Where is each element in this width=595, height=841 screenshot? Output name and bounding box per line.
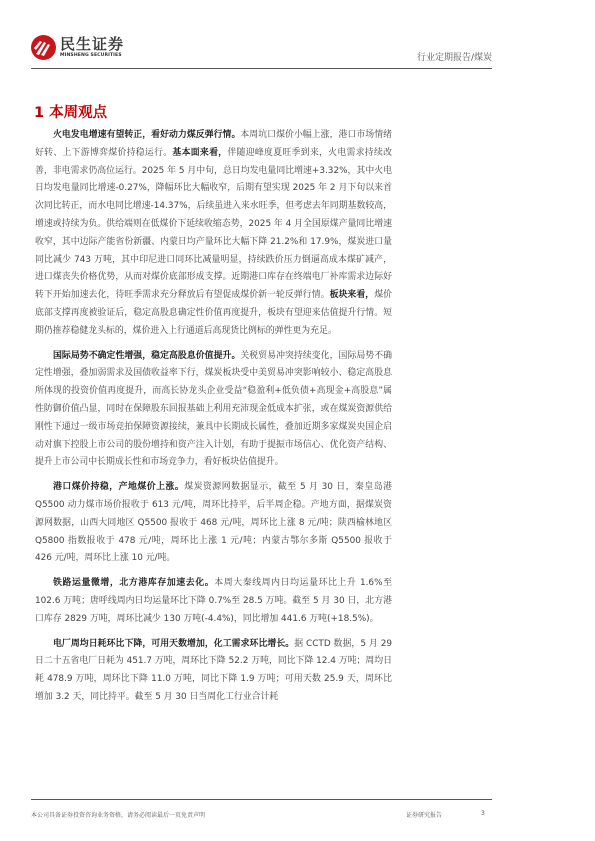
company-logo: 民生证券 MINSHENG SECURITIES [31,35,124,60]
paragraph-thermal-power: 火电发电增速有望转正，看好动力煤反弹行情。本周坑口煤价小幅上涨，港口市场情绪好转… [35,127,392,341]
paragraph-heading: 电厂周均日耗环比下降，可用天数增加，化工需求环比增长。 [53,639,294,649]
logo-mark-icon [31,35,56,60]
paragraph-heading: 火电发电增速有望转正，看好动力煤反弹行情。 [53,130,240,140]
paragraph-heading: 铁路运量微增，北方港库存加速去化。 [53,578,214,588]
footer-disclaimer: 本公司具备证券投资咨询业务资格，请务必阅读最后一页免责声明 [31,810,205,819]
paragraph-text: 煤炭资源网数据显示，截至 5 月 30 日，秦皇岛港 Q5500 动力煤市场价报… [35,482,392,563]
logo-name-en: MINSHENG SECURITIES [60,53,124,59]
report-body: 火电发电增速有望转正，看好动力煤反弹行情。本周坑口煤价小幅上涨，港口市场情绪好转… [35,127,392,714]
header-divider [31,68,492,69]
paragraph-international: 国际局势不确定性增强，稳定高股息价值提升。关税贸易冲突持续变化，国际局势不确定性… [35,348,392,473]
paragraph-power-plant: 电厂周均日耗环比下降，可用天数增加，化工需求环比增长。据 CCTD 数据，5 月… [35,636,392,707]
paragraph-subheading: 基本面来看， [172,148,227,158]
paragraph-rail-port: 铁路运量微增，北方港库存加速去化。本周大秦线周内日均运量环比上升 1.6%至 1… [35,575,392,628]
paragraph-heading: 国际局势不确定性增强，稳定高股息价值提升。 [53,351,240,361]
paragraph-heading: 港口煤价持稳，产地煤价上涨。 [53,482,184,492]
paragraph-subheading: 板块来看， [330,290,375,300]
paragraph-coal-prices: 港口煤价持稳，产地煤价上涨。煤炭资源网数据显示，截至 5 月 30 日，秦皇岛港… [35,479,392,568]
page-header: 民生证券 MINSHENG SECURITIES 行业定期报告/煤炭 [31,33,492,69]
page-number: 3 [481,810,485,817]
footer-divider [31,799,492,800]
section-title: 1 本周观点 [34,101,107,122]
footer-doc-type: 证券研究报告 [406,810,442,819]
paragraph-text: 伴随迎峰度夏旺季到来，火电需求持续改善，非电需求仍高位运行。2025 年 5 月… [35,148,392,300]
report-type-label: 行业定期报告/煤炭 [417,50,492,63]
paragraph-text: 关税贸易冲突持续变化，国际局势不确定性增强，叠加弱需求及国债收益率下行，煤炭板块… [35,351,392,468]
logo-name-cn: 民生证券 [60,36,124,53]
